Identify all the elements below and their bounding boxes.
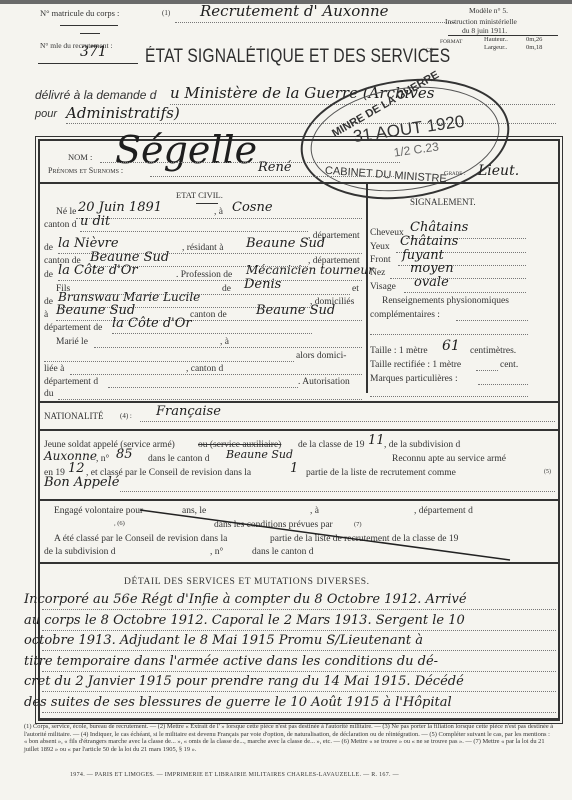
partie-note: (5) xyxy=(544,469,551,475)
canton3-label: canton de xyxy=(190,310,227,320)
nom-label: NOM : xyxy=(68,152,92,162)
largeur-label: Largeur.. xyxy=(484,44,507,51)
services-rule-3 xyxy=(42,650,556,651)
recrutement-rule xyxy=(40,499,558,501)
taille-rect-label: Taille rectifiée : 1 mètre xyxy=(370,360,461,370)
taille-value: 61 xyxy=(442,338,460,354)
cheveux-value: Châtains xyxy=(410,220,468,235)
services-line: octobre 1913. Adjudant le 8 Mai 1915 Pro… xyxy=(24,631,554,652)
signalement-heading: SIGNALEMENT. xyxy=(410,197,476,207)
numero-label: , n° xyxy=(96,454,109,464)
departement3-label: département de xyxy=(44,323,102,333)
identity-rule xyxy=(40,182,558,184)
du-line xyxy=(58,399,362,400)
recrutement-line xyxy=(175,22,455,23)
a2-line xyxy=(56,320,362,321)
complementaires-label: complémentaires : xyxy=(370,310,440,320)
services-line: titre temporaire dans l'armée active dan… xyxy=(24,652,554,673)
taille-unit: centimètres. xyxy=(470,346,516,356)
civil-rule xyxy=(40,401,558,403)
prenoms-value: René xyxy=(258,160,292,175)
canton3-value: Beaune Sud xyxy=(256,303,335,318)
liee-label: liée à xyxy=(44,364,64,374)
services-rule-6 xyxy=(42,712,556,713)
taille-rect-unit: cent. xyxy=(500,360,518,370)
ne-a-value: Cosne xyxy=(232,200,273,215)
liee-line xyxy=(70,374,362,375)
services-heading: DÉTAIL DES SERVICES ET MUTATIONS DIVERSE… xyxy=(124,577,370,587)
matricule-line xyxy=(60,25,118,26)
canton-value: u dit xyxy=(80,214,110,229)
subdivision-label: , de la subdivision d xyxy=(384,440,460,450)
canton-rec-label: dans le canton d xyxy=(148,454,209,464)
ne-le-label: Né le xyxy=(56,207,76,217)
printer-imprint: 1974. — PARIS ET LIMOGES. — IMPRIMERIE E… xyxy=(70,772,399,778)
du-label: du xyxy=(44,389,54,399)
ne-le-line xyxy=(76,218,362,219)
en19-value: 12 xyxy=(68,461,85,476)
marie-a-label: , à xyxy=(220,337,229,347)
footnotes: (1) Corps, service, école, bureau de rec… xyxy=(24,723,554,753)
de-label: de xyxy=(44,243,53,253)
renseignements-label: Renseignements physionomiques xyxy=(382,296,509,306)
nationalite-rule xyxy=(40,429,558,431)
marques-label: Marques particulières : xyxy=(370,374,458,384)
numero-value: 371 xyxy=(80,44,107,60)
profession-label: . Profession de xyxy=(176,270,232,280)
de-pere-label: de xyxy=(222,284,231,294)
nom-line xyxy=(100,162,400,163)
classe-label: de la classe de 19 xyxy=(298,440,364,450)
nez-value: moyen xyxy=(410,261,454,276)
prenoms-line xyxy=(150,176,400,177)
marie-line xyxy=(94,347,362,348)
etat-civil-heading: ETAT CIVIL. xyxy=(176,190,223,200)
numero-line xyxy=(38,63,138,64)
residant-value: Beaune Sud xyxy=(246,236,325,251)
matricule-label: N° matricule du corps : xyxy=(40,8,119,18)
delivre-label: délivré à la demande d xyxy=(35,88,156,102)
profession-line xyxy=(58,280,362,281)
pour-value: Administratifs) xyxy=(66,104,180,122)
etat-civil-underline xyxy=(196,203,218,204)
canton-rec-value: Beaune Sud xyxy=(226,448,293,461)
largeur-value: 0m,18 xyxy=(526,44,542,51)
services-line: Incorporé au 56e Régt d'Infie à compter … xyxy=(24,590,554,611)
matricule-note: (1) xyxy=(162,9,170,17)
visage-label: Visage xyxy=(370,282,396,292)
nez-label: Nez xyxy=(370,268,385,278)
de-mere-value: Brunswau Marie Lucile xyxy=(58,290,200,304)
services-bottom-rule xyxy=(40,718,558,720)
a2-label: à xyxy=(44,310,48,320)
canton-label: canton d xyxy=(44,220,76,230)
matricule-short-line xyxy=(80,33,100,34)
nationalite-note: (4) : xyxy=(120,412,132,420)
grade-value: Lieut. xyxy=(478,163,519,179)
hauteur-label: Hauteur.. xyxy=(484,36,508,43)
classe-value: 11 xyxy=(368,433,385,448)
de2-value: la Côte d'Or xyxy=(58,263,138,278)
de-pere-value: Denis xyxy=(244,277,281,292)
complementaires-line2 xyxy=(370,334,528,335)
services-line: des suites de ses blessures de guerre le… xyxy=(24,693,554,714)
yeux-value: Châtains xyxy=(400,234,458,249)
marques-line2 xyxy=(370,396,528,397)
comme-line xyxy=(120,491,555,492)
departement4-line xyxy=(108,387,298,388)
services-rule-1 xyxy=(42,609,556,610)
taille-rect-line xyxy=(476,370,498,371)
services-line: au corps le 8 Octobre 1912. Caporal le 2… xyxy=(24,611,554,632)
visage-line xyxy=(404,292,526,293)
recrutement-value: Recrutement d' Auxonne xyxy=(200,2,389,20)
marques-line xyxy=(478,384,528,385)
marie-line2 xyxy=(44,361,294,362)
services-line: cret du 2 Janvier 1915 pour prendre rang… xyxy=(24,672,554,693)
canton4-label: , canton d xyxy=(186,364,223,374)
de2-label: de xyxy=(44,270,53,280)
de-value: la Nièvre xyxy=(58,236,119,251)
instruction-line1: Instruction ministérielle xyxy=(445,17,517,26)
de-mere-label: de xyxy=(44,297,53,307)
nationalite-label: NATIONALITÉ xyxy=(44,411,103,421)
engage-rule xyxy=(40,562,558,564)
residant-label: , résidant à xyxy=(182,243,223,253)
document-title: ÉTAT SIGNALÉTIQUE ET DES SERVICES xyxy=(145,46,450,68)
nationalite-value: Française xyxy=(156,404,221,419)
nez-line xyxy=(390,278,526,279)
yeux-label: Yeux xyxy=(370,242,390,252)
et-label: et xyxy=(352,284,359,294)
departement3-value: la Côte d'Or xyxy=(112,316,192,331)
front-label: Front xyxy=(370,255,391,265)
instruction-line2: du 8 juin 1911. xyxy=(462,26,507,35)
services-rule-2 xyxy=(42,630,556,631)
hauteur-value: 0m,26 xyxy=(526,36,542,43)
cancel-strike-line xyxy=(40,502,558,562)
modele-label: Modèle n° 5. xyxy=(469,6,508,15)
nationalite-line xyxy=(140,421,555,422)
taille-label: Taille : 1 mètre xyxy=(370,346,428,356)
format-label: FORMAT xyxy=(440,39,462,45)
grade-label: Grade : xyxy=(444,170,466,177)
ne-le-value: 20 Juin 1891 xyxy=(78,200,162,215)
alors-label: alors domici- xyxy=(296,351,346,361)
visage-value: ovale xyxy=(414,275,449,290)
departement4-label: département d xyxy=(44,377,98,387)
departement3-line xyxy=(112,333,312,334)
pour-label: pour xyxy=(35,108,57,120)
complementaires-line xyxy=(456,320,528,321)
services-rule-4 xyxy=(42,671,556,672)
services-rule-5 xyxy=(42,691,556,692)
autorisation-label: . Autorisation xyxy=(298,377,350,387)
document-page: N° matricule du corps : (1) Recrutement … xyxy=(0,0,572,800)
numero-value: 85 xyxy=(116,447,133,462)
partie-label: partie de la liste de recrutement comme xyxy=(306,468,456,478)
nom-value: Ségelle xyxy=(115,128,257,172)
signalement-divider xyxy=(366,183,368,393)
comme-value: Bon Appelé xyxy=(44,475,119,490)
cheveux-label: Cheveux xyxy=(370,228,404,238)
reconnu-label: Reconnu apte au service armé xyxy=(392,454,506,464)
partie-value: 1 xyxy=(290,461,298,476)
prenoms-label: Prénoms et Surnoms : xyxy=(48,166,123,175)
title-note: (2) xyxy=(426,48,433,54)
marie-label: Marié le xyxy=(56,337,88,347)
canton-line xyxy=(80,231,308,232)
ne-a-label: , à xyxy=(214,207,223,217)
profession-value: Mécanicien tourneur xyxy=(246,263,374,277)
